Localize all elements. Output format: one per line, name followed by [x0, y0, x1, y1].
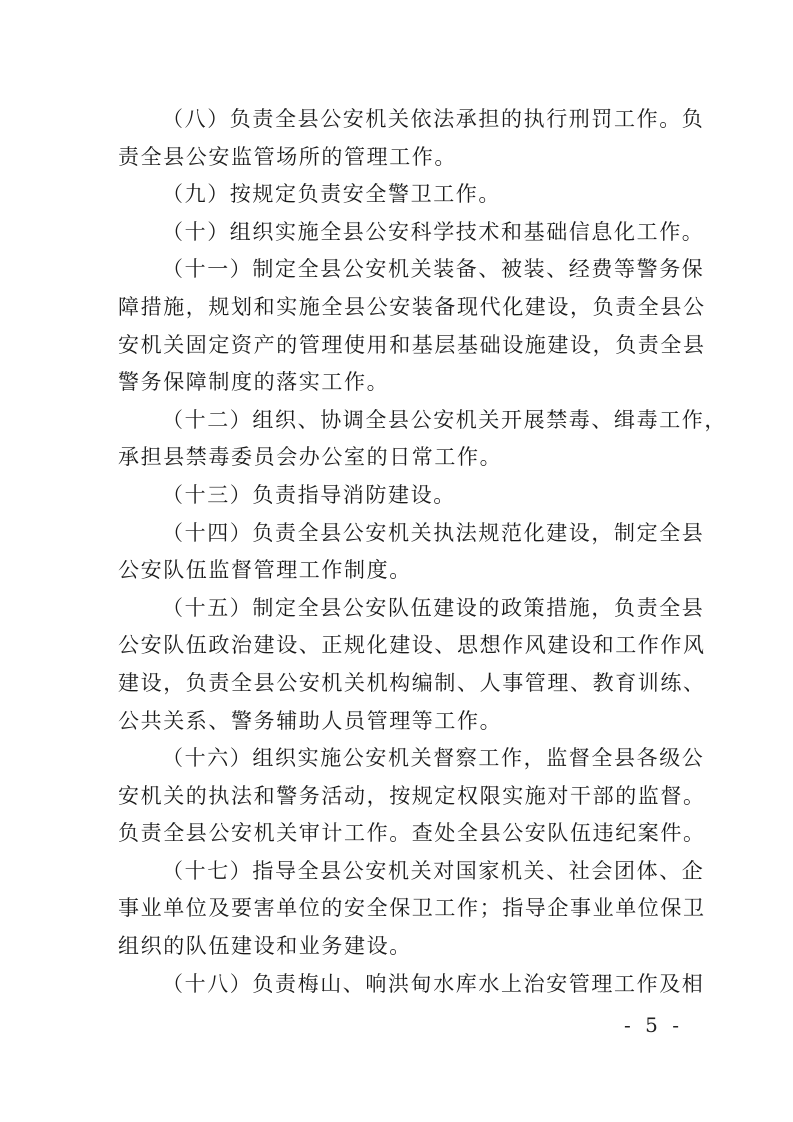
- document-page: （八）负责全县公安机关依法承担的执行刑罚工作。负 责全县公安监管场所的管理工作。…: [0, 0, 793, 1122]
- text-line: 建设，负责全县公安机关机构编制、人事管理、教育训练、: [74, 665, 678, 703]
- text-line: （十四）负责全县公安机关执法规范化建设，制定全县: [118, 515, 678, 553]
- text-line: （九）按规定负责安全警卫工作。: [118, 176, 678, 214]
- text-line: （十）组织实施全县公安科学技术和基础信息化工作。: [118, 214, 678, 252]
- text-line: （十二）组织、协调全县公安机关开展禁毒、缉毒工作，: [118, 402, 678, 440]
- text-line: 警务保障制度的落实工作。: [74, 364, 678, 402]
- paragraph-15: （十五）制定全县公安队伍建设的政策措施，负责全县 公安队伍政治建设、正规化建设、…: [118, 590, 678, 740]
- paragraph-18: （十八）负责梅山、响洪甸水库水上治安管理工作及相: [118, 966, 678, 1004]
- text-line: （十七）指导全县公安机关对国家机关、社会团体、企: [118, 853, 678, 891]
- text-line: 事业单位及要害单位的安全保卫工作；指导企事业单位保卫: [74, 890, 678, 928]
- text-line: 公共关系、警务辅助人员管理等工作。: [74, 703, 678, 741]
- paragraph-14: （十四）负责全县公安机关执法规范化建设，制定全县 公安队伍监督管理工作制度。: [118, 515, 678, 590]
- text-line: （十六）组织实施公安机关督察工作，监督全县各级公: [118, 740, 678, 778]
- paragraph-12: （十二）组织、协调全县公安机关开展禁毒、缉毒工作， 承担县禁毒委员会办公室的日常…: [118, 402, 678, 477]
- text-line: 公安队伍政治建设、正规化建设、思想作风建设和工作作风: [74, 627, 678, 665]
- text-line: 组织的队伍建设和业务建设。: [74, 928, 678, 966]
- paragraph-9: （九）按规定负责安全警卫工作。: [118, 176, 678, 214]
- text-line: 责全县公安监管场所的管理工作。: [74, 139, 678, 177]
- paragraph-8: （八）负责全县公安机关依法承担的执行刑罚工作。负 责全县公安监管场所的管理工作。: [118, 101, 678, 176]
- text-line: 安机关固定资产的管理使用和基层基础设施建设，负责全县: [74, 327, 678, 365]
- text-line: 承担县禁毒委员会办公室的日常工作。: [74, 439, 678, 477]
- text-line: （十一）制定全县公安机关装备、被装、经费等警务保: [118, 251, 678, 289]
- text-line: （十八）负责梅山、响洪甸水库水上治安管理工作及相: [118, 966, 678, 1004]
- text-line: （十五）制定全县公安队伍建设的政策措施，负责全县: [118, 590, 678, 628]
- page-number: - 5 -: [624, 1013, 683, 1037]
- body-text: （八）负责全县公安机关依法承担的执行刑罚工作。负 责全县公安监管场所的管理工作。…: [118, 101, 678, 1003]
- text-line: （八）负责全县公安机关依法承担的执行刑罚工作。负: [118, 101, 678, 139]
- text-line: （十三）负责指导消防建设。: [118, 477, 678, 515]
- text-line: 障措施，规划和实施全县公安装备现代化建设，负责全县公: [74, 289, 678, 327]
- paragraph-11: （十一）制定全县公安机关装备、被装、经费等警务保 障措施，规划和实施全县公安装备…: [118, 251, 678, 401]
- paragraph-16: （十六）组织实施公安机关督察工作，监督全县各级公 安机关的执法和警务活动，按规定…: [118, 740, 678, 853]
- paragraph-17: （十七）指导全县公安机关对国家机关、社会团体、企 事业单位及要害单位的安全保卫工…: [118, 853, 678, 966]
- paragraph-10: （十）组织实施全县公安科学技术和基础信息化工作。: [118, 214, 678, 252]
- paragraph-13: （十三）负责指导消防建设。: [118, 477, 678, 515]
- text-line: 负责全县公安机关审计工作。查处全县公安队伍违纪案件。: [74, 815, 678, 853]
- text-line: 安机关的执法和警务活动，按规定权限实施对干部的监督。: [74, 778, 678, 816]
- text-line: 公安队伍监督管理工作制度。: [74, 552, 678, 590]
